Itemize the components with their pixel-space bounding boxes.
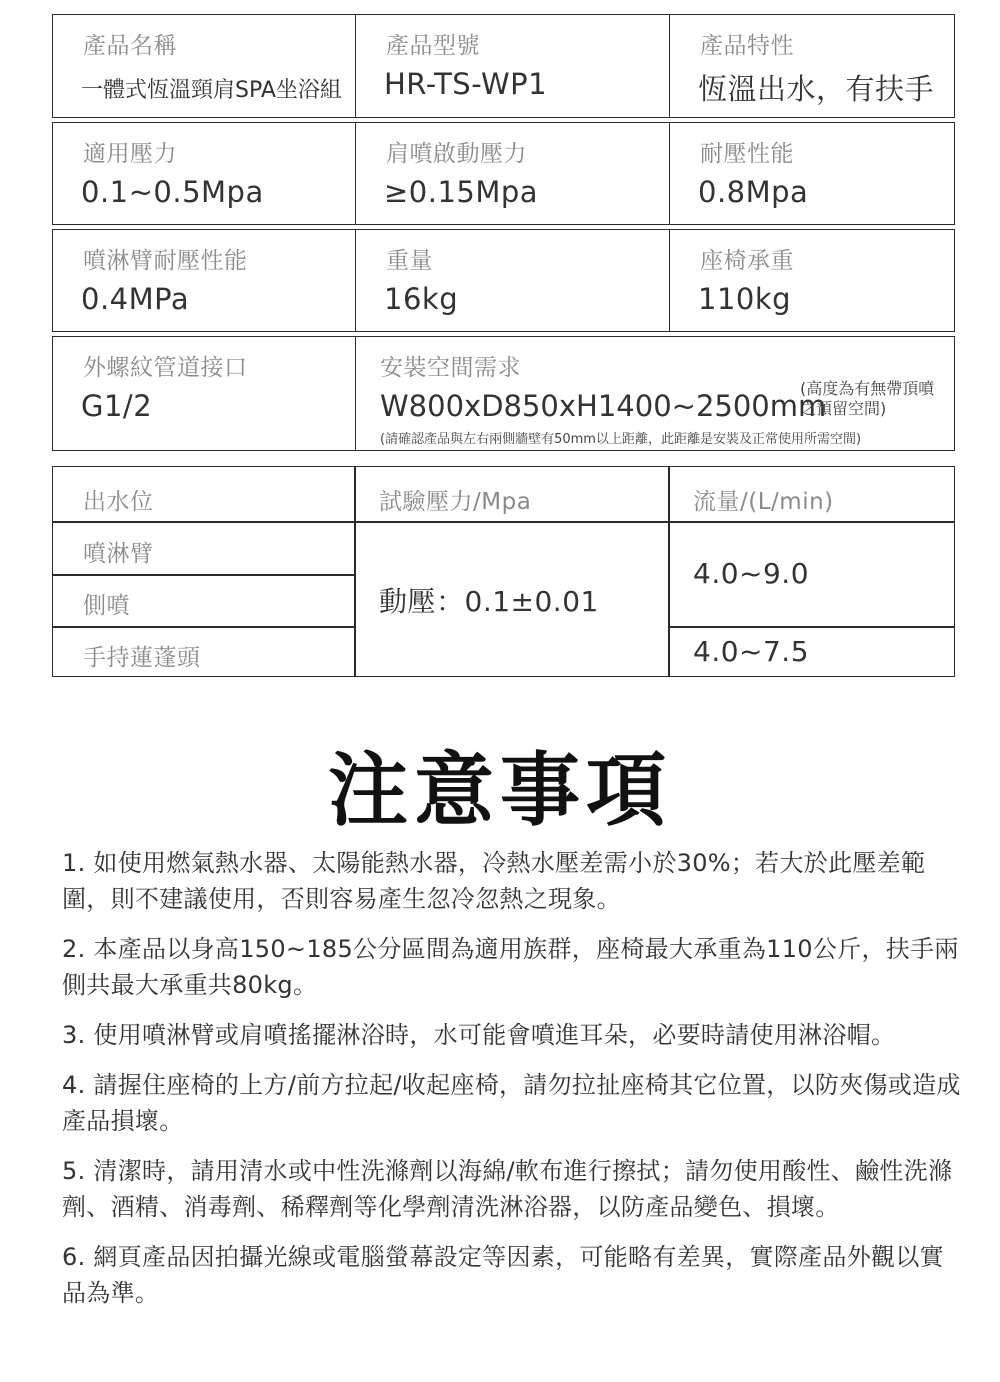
table-divider bbox=[53, 626, 355, 628]
spec-row-install: 外螺紋管道接口 G1/2 安裝空間需求 W800xD850xH1400~2500… bbox=[52, 336, 955, 451]
note-item: 3. 使用噴淋臂或肩噴搖擺淋浴時，水可能會噴進耳朵，必要時請使用淋浴帽。 bbox=[62, 1017, 962, 1053]
spec-cell-weight: 重量 16kg bbox=[355, 230, 669, 331]
spec-value: W800xD850xH1400~2500mm bbox=[380, 389, 826, 423]
spec-value: 16kg bbox=[384, 282, 458, 316]
table-cell-outlet: 側噴 bbox=[83, 587, 130, 620]
spec-value: 0.8Mpa bbox=[698, 175, 808, 209]
table-divider bbox=[668, 467, 670, 676]
spec-cell-pressure-resistance: 耐壓性能 0.8Mpa bbox=[669, 123, 954, 224]
table-divider bbox=[668, 626, 954, 628]
table-header-outlet: 出水位 bbox=[83, 483, 154, 516]
install-side-note-line: 之預留空間) bbox=[800, 399, 934, 419]
spec-value: 恆溫出水，有扶手 bbox=[698, 67, 934, 108]
spec-label: 耐壓性能 bbox=[700, 135, 794, 168]
spec-cell-arm-pressure: 噴淋臂耐壓性能 0.4MPa bbox=[53, 230, 355, 331]
install-clearance-note: (請確認產品與左右兩側牆壁有50mm以上距離，此距離是安裝及正常使用所需空間) bbox=[380, 428, 861, 447]
note-item: 1. 如使用燃氣熱水器、太陽能熱水器，冷熱水壓差需小於30%；若大於此壓差範圍，… bbox=[62, 845, 962, 917]
spec-label: 產品名稱 bbox=[83, 27, 177, 60]
note-item: 4. 請握住座椅的上方/前方拉起/收起座椅，請勿拉扯座椅其它位置，以防夾傷或造成… bbox=[62, 1067, 962, 1139]
table-cell-flow: 4.0~7.5 bbox=[693, 635, 809, 668]
flow-rate-table: 出水位 試驗壓力/Mpa 流量/(L/min) 噴淋臂 側噴 手持蓮蓬頭 動壓：… bbox=[52, 466, 955, 677]
spec-row-weight: 噴淋臂耐壓性能 0.4MPa 重量 16kg 座椅承重 110kg bbox=[52, 229, 955, 332]
spec-value: 0.1~0.5Mpa bbox=[81, 175, 264, 209]
table-divider bbox=[53, 521, 954, 523]
spec-cell-connector: 外螺紋管道接口 G1/2 bbox=[53, 337, 355, 450]
table-header-test-pressure: 試驗壓力/Mpa bbox=[379, 483, 531, 516]
spec-row-product: 產品名稱 一體式恆溫頸肩SPA坐浴組 產品型號 HR-TS-WP1 產品特性 恆… bbox=[52, 14, 955, 118]
spec-value: ≥0.15Mpa bbox=[384, 175, 538, 209]
note-item: 2. 本產品以身高150~185公分區間為適用族群，座椅最大承重為110公斤，扶… bbox=[62, 931, 962, 1003]
spec-cell-install-space: 安裝空間需求 W800xD850xH1400~2500mm (高度為有無帶頂噴 … bbox=[355, 337, 954, 450]
install-side-note-line: (高度為有無帶頂噴 bbox=[800, 379, 934, 399]
spec-label: 產品特性 bbox=[700, 27, 794, 60]
table-cell-outlet: 噴淋臂 bbox=[83, 535, 154, 568]
notes-list: 1. 如使用燃氣熱水器、太陽能熱水器，冷熱水壓差需小於30%；若大於此壓差範圍，… bbox=[62, 845, 962, 1325]
note-item: 5. 清潔時，請用清水或中性洗滌劑以海綿/軟布進行擦拭；請勿使用酸性、鹼性洗滌劑… bbox=[62, 1153, 962, 1225]
spec-cell-working-pressure: 適用壓力 0.1~0.5Mpa bbox=[53, 123, 355, 224]
table-divider bbox=[53, 574, 355, 576]
spec-cell-seat-load: 座椅承重 110kg bbox=[669, 230, 954, 331]
note-item: 6. 網頁產品因拍攝光線或電腦螢幕設定等因素，可能略有差異，實際產品外觀以實品為… bbox=[62, 1239, 962, 1311]
spec-label: 肩噴啟動壓力 bbox=[386, 135, 527, 168]
spec-label: 安裝空間需求 bbox=[380, 349, 521, 382]
spec-value: 110kg bbox=[698, 282, 791, 316]
table-cell-flow: 4.0~9.0 bbox=[693, 557, 809, 590]
spec-label: 產品型號 bbox=[386, 27, 480, 60]
notes-title: 注意事項 bbox=[0, 726, 1000, 841]
spec-label: 外螺紋管道接口 bbox=[83, 349, 248, 382]
table-header-flow: 流量/(L/min) bbox=[693, 483, 834, 516]
table-divider bbox=[354, 467, 356, 676]
spec-value: 0.4MPa bbox=[81, 282, 189, 316]
spec-cell-shoulder-start-pressure: 肩噴啟動壓力 ≥0.15Mpa bbox=[355, 123, 669, 224]
spec-value: HR-TS-WP1 bbox=[384, 67, 547, 101]
spec-row-pressure: 適用壓力 0.1~0.5Mpa 肩噴啟動壓力 ≥0.15Mpa 耐壓性能 0.8… bbox=[52, 122, 955, 225]
install-side-note: (高度為有無帶頂噴 之預留空間) bbox=[800, 379, 934, 419]
spec-label: 適用壓力 bbox=[83, 135, 177, 168]
spec-value: 一體式恆溫頸肩SPA坐浴組 bbox=[81, 73, 342, 104]
table-cell-outlet: 手持蓮蓬頭 bbox=[83, 639, 201, 672]
spec-cell-feature: 產品特性 恆溫出水，有扶手 bbox=[669, 15, 954, 117]
spec-cell-model: 產品型號 HR-TS-WP1 bbox=[355, 15, 669, 117]
spec-label: 座椅承重 bbox=[700, 242, 794, 275]
spec-label: 重量 bbox=[386, 242, 433, 275]
spec-cell-product-name: 產品名稱 一體式恆溫頸肩SPA坐浴組 bbox=[53, 15, 355, 117]
table-cell-test-pressure: 動壓：0.1±0.01 bbox=[379, 580, 599, 620]
spec-value: G1/2 bbox=[81, 389, 152, 423]
spec-label: 噴淋臂耐壓性能 bbox=[83, 242, 248, 275]
